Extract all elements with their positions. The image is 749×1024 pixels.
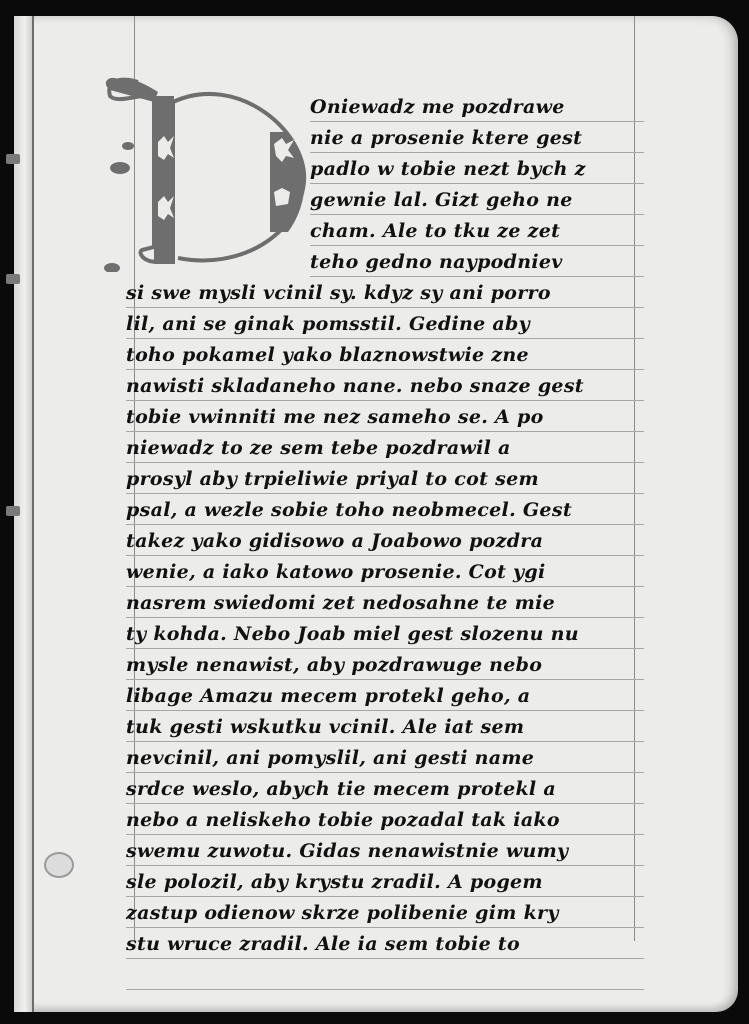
ruling-line — [126, 989, 644, 990]
text-line: gewnie lal. Gizt geho ne — [310, 185, 573, 215]
text-line: nawisti skladaneho nane. nebo snaze gest — [126, 371, 584, 401]
text-line: stu wruce zradil. Ale ia sem tobie to — [126, 929, 520, 959]
text-line: libage Amazu mecem protekl geho, a — [126, 681, 530, 711]
text-line: toho pokamel yako blaznowstwie zne — [126, 340, 529, 370]
text-line: niewadz to ze sem tebe pozdrawil a — [126, 433, 511, 463]
text-line: cham. Ale to tku ze zet — [310, 216, 560, 246]
text-line: nevcinil, ani pomyslil, ani gesti name — [126, 743, 534, 773]
text-line: srdce weslo, abych tie mecem protekl a — [126, 774, 556, 804]
binding-tab — [6, 154, 20, 164]
text-line: nebo a neliskeho tobie pozadal tak iako — [126, 805, 560, 835]
text-line: si swe mysli vcinil sy. kdyz sy ani porr… — [126, 278, 551, 308]
text-line: nasrem swiedomi zet nedosahne te mie — [126, 588, 555, 618]
text-line: tuk gesti wskutku vcinil. Ale iat sem — [126, 712, 524, 742]
manuscript-page: Oniewadz me pozdrawe nie a prosenie kter… — [14, 16, 738, 1012]
text-line: sle polozil, aby krystu zradil. A pogem — [126, 867, 543, 897]
decorated-initial-d-icon — [98, 72, 308, 272]
text-line: swemu zuwotu. Gidas nenawistnie wumy — [126, 836, 568, 866]
text-line: prosyl aby trpieliwie priyal to cot sem — [126, 464, 539, 494]
text-line: teho gedno naypodniev — [310, 247, 563, 277]
text-line: mysle nenawist, aby pozdrawuge nebo — [126, 650, 542, 680]
text-line: nie a prosenie ktere gest — [310, 123, 582, 153]
text-line: Oniewadz me pozdrawe — [310, 92, 565, 122]
binding-tab — [6, 506, 20, 516]
text-line: padlo w tobie nezt bych z — [310, 154, 586, 184]
binding-tab — [6, 274, 20, 284]
text-line: takez yako gidisowo a Joabowo pozdra — [126, 526, 543, 556]
text-line: psal, a wezle sobie toho neobmecel. Gest — [126, 495, 572, 525]
ink-blot — [44, 852, 74, 878]
text-line: wenie, a iako katowo prosenie. Cot ygi — [126, 557, 546, 587]
text-line: lil, ani se ginak pomsstil. Gedine aby — [126, 309, 530, 339]
text-line: tobie vwinniti me nez sameho se. A po — [126, 402, 544, 432]
text-line: ty kohda. Nebo Joab miel gest slozenu nu — [126, 619, 579, 649]
text-line: zastup odienow skrze polibenie gim kry — [126, 898, 559, 928]
binding-spine — [14, 16, 34, 1012]
